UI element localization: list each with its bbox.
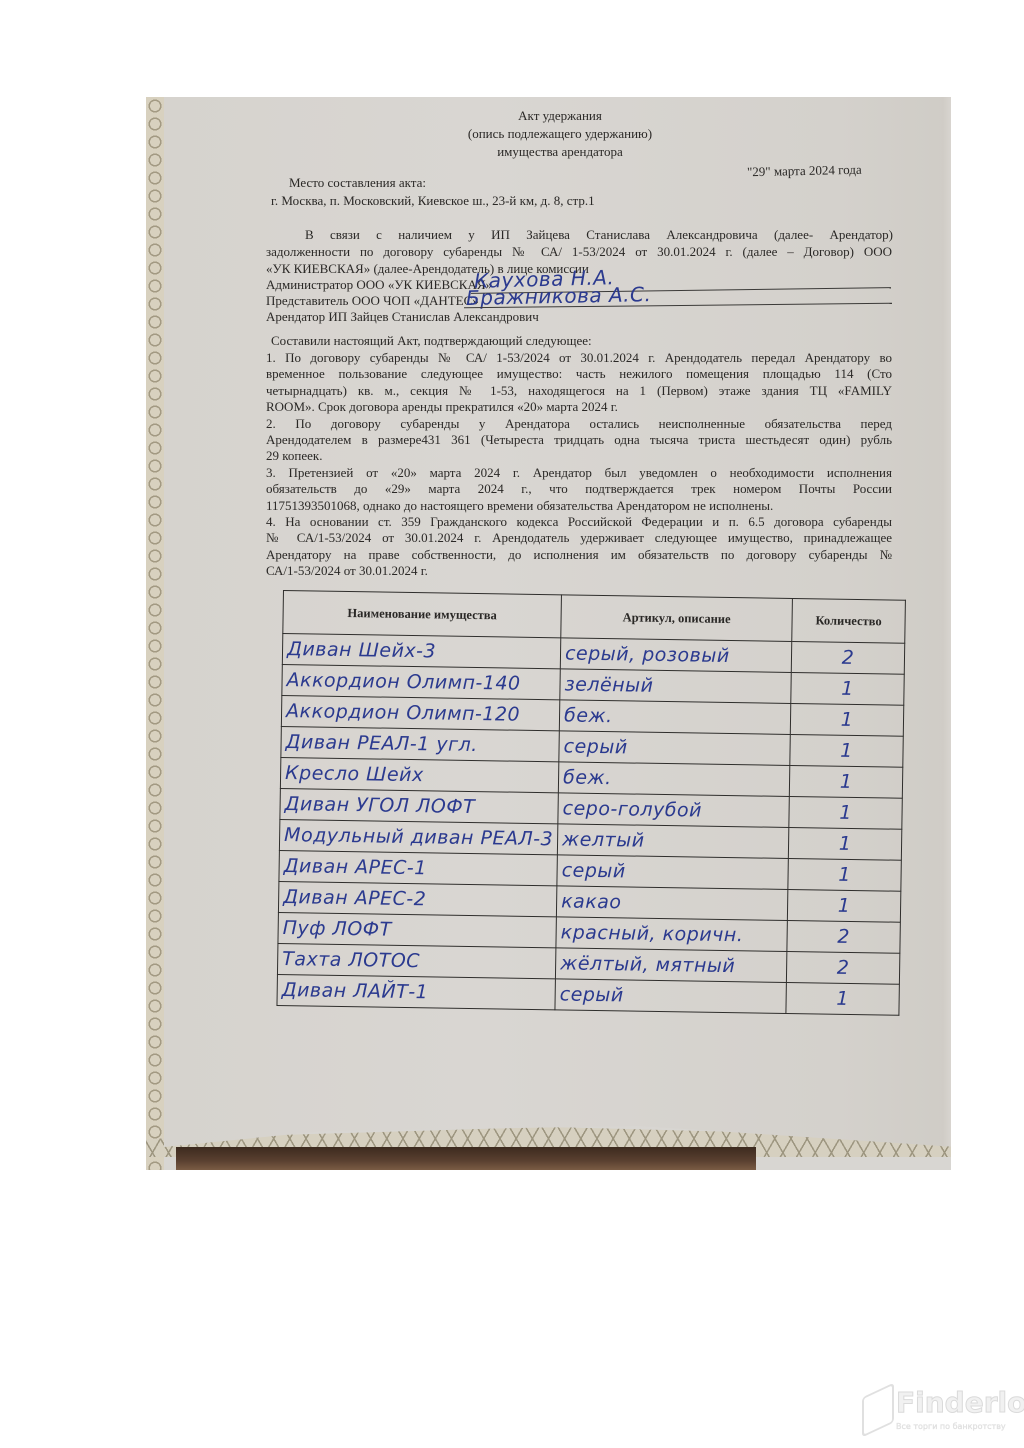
document-title: Акт удержания xyxy=(164,108,951,124)
table-body: Диван Шейх-3серый, розовый2Аккордион Оли… xyxy=(277,634,905,1016)
document-subtitle-2: имущества арендатора xyxy=(164,144,951,160)
paragraph-line: временное пользование следующее имуществ… xyxy=(266,366,892,382)
place-label: Место составления акта: xyxy=(289,175,426,191)
intro-line-2: задолженности по договору субаренды № СА… xyxy=(266,244,892,260)
cell-property-name: Аккордион Олимп-140 xyxy=(282,664,560,699)
column-header-name: Наименование имущества xyxy=(283,591,562,638)
paragraph-line: СА/1-53/2024 от 30.01.2024 г. xyxy=(266,563,428,579)
commission-tenant-label: Арендатор ИП Зайцев Станислав Александро… xyxy=(266,309,539,325)
intro-line-1: В связи с наличием у ИП Зайцева Станисла… xyxy=(271,227,893,243)
paragraph-line: 11751393501068, однако до настоящего вре… xyxy=(266,498,773,514)
commission-guard-label: Представитель ООО ЧОП «ДАНТЕС» xyxy=(266,293,479,309)
cell-quantity: 1 xyxy=(790,734,903,767)
paragraph-line: № СА/1-53/2024 от 30.01.2024 г. Арендода… xyxy=(266,530,892,546)
cell-quantity: 1 xyxy=(788,858,901,891)
cell-description: беж. xyxy=(559,700,790,735)
watermark-tagline: Все торги по банкротству xyxy=(896,1422,1006,1431)
paragraph-line: четырнадцать) кв. м., секция № 1-53, нах… xyxy=(266,383,892,399)
cell-quantity: 1 xyxy=(788,827,901,860)
paragraph-line: 3. Претензией от «20» марта 2024 г. Арен… xyxy=(266,465,892,481)
document-sheet: Акт удержания (опись подлежащего удержан… xyxy=(164,97,951,1147)
cell-quantity: 2 xyxy=(791,641,904,674)
finderlot-logo-icon xyxy=(862,1383,894,1438)
cell-description: какао xyxy=(556,886,787,921)
wallpaper-pattern xyxy=(146,97,164,1170)
column-header-quantity: Количество xyxy=(792,599,906,644)
commission-admin-label: Администратор ООО «УК КИЕВСКАЯ» xyxy=(266,277,492,293)
cell-quantity: 1 xyxy=(787,889,900,922)
place-address: г. Москва, п. Московский, Киевское ш., 2… xyxy=(271,193,595,209)
cell-description: красный, коричн. xyxy=(556,917,787,952)
cell-description: серый xyxy=(555,979,786,1014)
cell-quantity: 1 xyxy=(789,796,902,829)
cell-property-name: Диван АРЕС-1 xyxy=(279,850,557,885)
cell-property-name: Диван РЕАЛ-1 угл. xyxy=(281,726,559,761)
paragraph-line: 2. По договору субаренды у Арендатора ос… xyxy=(266,416,892,432)
watermark-name: Finderlot xyxy=(896,1386,1024,1419)
paragraph-line: обязательств до «29» марта 2024 г., что … xyxy=(266,481,892,497)
cell-property-name: Модульный диван РЕАЛ-3 xyxy=(279,819,557,854)
paragraph-line: Арендодателем в размере431 361 (Четырест… xyxy=(266,432,892,448)
statement-heading: Составили настоящий Акт, подтверждающий … xyxy=(271,333,592,349)
cell-property-name: Кресло Шейх xyxy=(280,757,558,792)
cell-quantity: 2 xyxy=(787,920,900,953)
cell-description: серо-голубой xyxy=(558,793,789,828)
cell-property-name: Диван ЛАЙТ-1 xyxy=(277,974,555,1009)
cell-property-name: Пуф ЛОФТ xyxy=(278,912,556,947)
paragraph-line: 1. По договору субаренды № СА/ 1-53/2024… xyxy=(266,350,892,366)
cell-description: серый xyxy=(557,855,788,890)
cell-description: желтый xyxy=(557,824,788,859)
property-table: Наименование имущества Артикул, описание… xyxy=(276,590,905,1016)
cell-quantity: 1 xyxy=(791,672,904,705)
document-subtitle: (опись подлежащего удержанию) xyxy=(164,126,951,142)
document-date: "29" марта 2024 года xyxy=(747,162,862,180)
paragraph-line: Арендатору на праве собственности, до ис… xyxy=(266,547,892,563)
cell-description: жёлтый, мятный xyxy=(555,948,786,983)
document-photo: Акт удержания (опись подлежащего удержан… xyxy=(146,97,951,1170)
cell-property-name: Диван АРЕС-2 xyxy=(278,881,556,916)
cell-property-name: Тахта ЛОТОС xyxy=(277,943,555,978)
furniture-edge xyxy=(176,1147,756,1170)
document-content: Акт удержания (опись подлежащего удержан… xyxy=(164,97,951,1147)
paragraph-line: ROOM». Срок договора аренды прекратился … xyxy=(266,399,618,415)
watermark: Finderlot Все торги по банкротству xyxy=(862,1386,1012,1438)
cell-description: беж. xyxy=(558,762,789,797)
cell-description: зелёный xyxy=(560,669,791,704)
cell-property-name: Диван Шейх-3 xyxy=(282,634,560,669)
cell-property-name: Диван УГОЛ ЛОФТ xyxy=(280,788,558,823)
cell-quantity: 1 xyxy=(789,765,902,798)
cell-quantity: 2 xyxy=(786,951,899,984)
cell-description: серый xyxy=(559,731,790,766)
cell-quantity: 1 xyxy=(790,703,903,736)
cell-quantity: 1 xyxy=(786,982,899,1015)
paragraph-line: 29 копеек. xyxy=(266,448,322,464)
cell-description: серый, розовый xyxy=(560,638,791,673)
paragraph-line: 4. На основании ст. 359 Гражданского код… xyxy=(266,514,892,530)
column-header-description: Артикул, описание xyxy=(561,595,793,642)
cell-property-name: Аккордион Олимп-120 xyxy=(281,695,559,730)
